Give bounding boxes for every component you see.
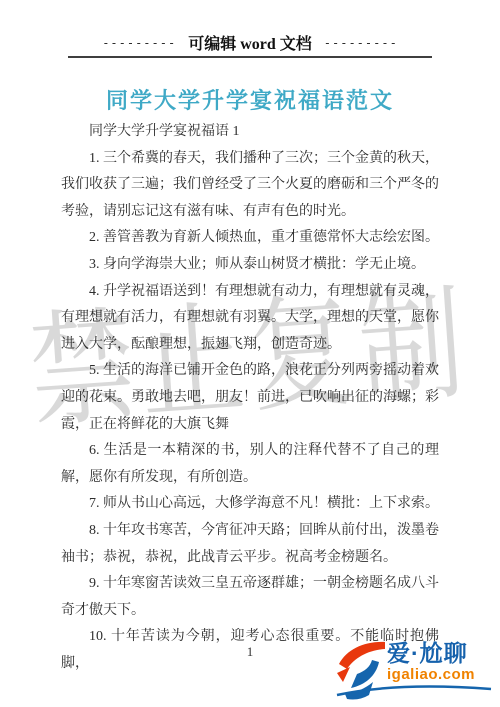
header-dashes-left: --------- (102, 36, 176, 50)
header-divider-line (68, 56, 432, 58)
paragraph-6: 6. 生活是一本精深的书，别人的注释代替不了自己的理解，愿你有所发现，有所创造。 (61, 438, 439, 491)
editable-word-doc-header: ---------可编辑 word 文档--------- (0, 31, 500, 54)
paragraph-2: 2. 善管善教为育新人倾热血，重才重德常怀大志绘宏图。 (61, 225, 439, 252)
logo-domain: igaliao.com (387, 666, 495, 684)
header-label: 可编辑 word 文档 (188, 36, 312, 53)
igaliao-logo: 爱·尬聊 igaliao.com (335, 638, 495, 704)
document-body: 同学大学升学宴祝福语 1 1. 三个希冀的春天，我们播种了三次；三个金黄的秋天，… (61, 119, 439, 677)
document-page: ---------可编辑 word 文档--------- 禁止复制 同学大学升… (0, 0, 500, 707)
paragraph-9: 9. 十年寒窗苦读效三皇五帝逐群雄；一朝金榜题名成八斗奇才傲天下。 (61, 571, 439, 624)
running-figure-icon (335, 640, 389, 702)
paragraph-4: 4. 升学祝福语送到！有理想就有动力，有理想就有灵魂，有理想就有活力，有理想就有… (61, 279, 439, 359)
paragraph-1: 1. 三个希冀的春天，我们播种了三次；三个金黄的秋天，我们收获了三遍；我们曾经受… (61, 146, 439, 226)
page-title: 同学大学升学宴祝福语范文 (0, 84, 500, 115)
paragraph-7: 7. 师从书山心高远，大修学海意不凡！横批：上下求索。 (61, 491, 439, 518)
paragraph-8: 8. 十年攻书寒苦，今宵征冲天路；回眸从前付出，泼墨卷袖书；恭祝，恭祝，此战青云… (61, 518, 439, 571)
paragraph-5: 5. 生活的海洋已铺开金色的路，浪花正分列两旁摇动着欢迎的花束。勇敢地去吧，朋友… (61, 358, 439, 438)
header-dashes-right: --------- (324, 36, 398, 50)
logo-text-block: 爱·尬聊 igaliao.com (387, 640, 495, 684)
logo-name: 爱·尬聊 (387, 640, 495, 666)
subtitle: 同学大学升学宴祝福语 1 (61, 119, 439, 146)
paragraph-3: 3. 身向学海崇大业；师从泰山树贤才横批：学无止境。 (61, 252, 439, 279)
